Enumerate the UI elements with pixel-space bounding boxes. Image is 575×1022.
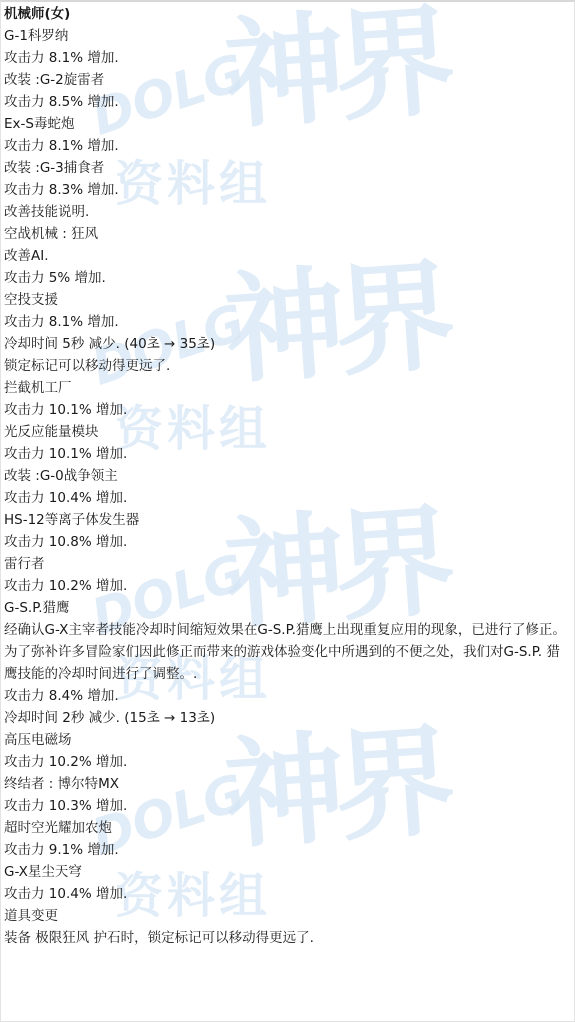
skill-change: 冷却时间 5秒 减少. (40초 → 35초) <box>4 333 571 355</box>
skill-name: 雷行者 <box>4 553 571 575</box>
skill-name: Ex-S毒蛇炮 <box>4 113 571 135</box>
skill-change: 攻击力 10.1% 增加. <box>4 443 571 465</box>
skill-change: 攻击力 10.3% 增加. <box>4 795 571 817</box>
skill-name: G-X星尘天穹 <box>4 861 571 883</box>
skill-change: 改善AI. <box>4 245 571 267</box>
item-change: 装备 极限狂风 护石时，锁定标记可以移动得更远了. <box>4 927 571 949</box>
skill-name: 改装 :G-3捕食者 <box>4 157 571 179</box>
note-paragraph: 经确认G-X主宰者技能冷却时间缩短效果在G-S.P.猎鹰上出现重复应用的现象，已… <box>4 619 571 641</box>
section-heading: 道具变更 <box>4 905 571 927</box>
skill-change: 攻击力 10.4% 增加. <box>4 883 571 905</box>
skill-change: 锁定标记可以移动得更远了. <box>4 355 571 377</box>
skill-name: 终结者 : 博尔特MX <box>4 773 571 795</box>
skill-change: 改善技能说明. <box>4 201 571 223</box>
skill-name: 空投支援 <box>4 289 571 311</box>
skill-change: 攻击力 5% 增加. <box>4 267 571 289</box>
skill-name: 高压电磁场 <box>4 729 571 751</box>
skill-name: 拦截机工厂 <box>4 377 571 399</box>
skill-change: 攻击力 8.5% 增加. <box>4 91 571 113</box>
skill-name: 空战机械 : 狂风 <box>4 223 571 245</box>
skill-change: 攻击力 9.1% 增加. <box>4 839 571 861</box>
skill-name: 改装 :G-2旋雷者 <box>4 69 571 91</box>
skill-change: 攻击力 8.1% 增加. <box>4 135 571 157</box>
skill-change: 攻击力 10.4% 增加. <box>4 487 571 509</box>
skill-change: 攻击力 8.1% 增加. <box>4 311 571 333</box>
skill-change: 攻击力 8.4% 增加. <box>4 685 571 707</box>
skill-name: 光反应能量模块 <box>4 421 571 443</box>
skill-change: 攻击力 10.2% 增加. <box>4 575 571 597</box>
skill-change: 攻击力 10.2% 增加. <box>4 751 571 773</box>
skill-name: HS-12等离子体发生器 <box>4 509 571 531</box>
note-paragraph: 为了弥补许多冒险家们因此修正而带来的游戏体验变化中所遇到的不便之处，我们对G-S… <box>4 641 571 685</box>
skill-change: 攻击力 10.1% 增加. <box>4 399 571 421</box>
skill-name: 改装 :G-0战争领主 <box>4 465 571 487</box>
skill-change: 攻击力 8.3% 增加. <box>4 179 571 201</box>
skill-name: 超时空光耀加农炮 <box>4 817 571 839</box>
skill-name: G-1科罗纳 <box>4 25 571 47</box>
skill-change: 攻击力 10.8% 增加. <box>4 531 571 553</box>
patch-notes-content: 机械师(女) G-1科罗纳 攻击力 8.1% 增加. 改装 :G-2旋雷者 攻击… <box>4 3 571 949</box>
skill-change: 冷却时间 2秒 减少. (15초 → 13초) <box>4 707 571 729</box>
skill-name: G-S.P.猎鹰 <box>4 597 571 619</box>
skill-change: 攻击力 8.1% 增加. <box>4 47 571 69</box>
document-title: 机械师(女) <box>4 3 571 25</box>
